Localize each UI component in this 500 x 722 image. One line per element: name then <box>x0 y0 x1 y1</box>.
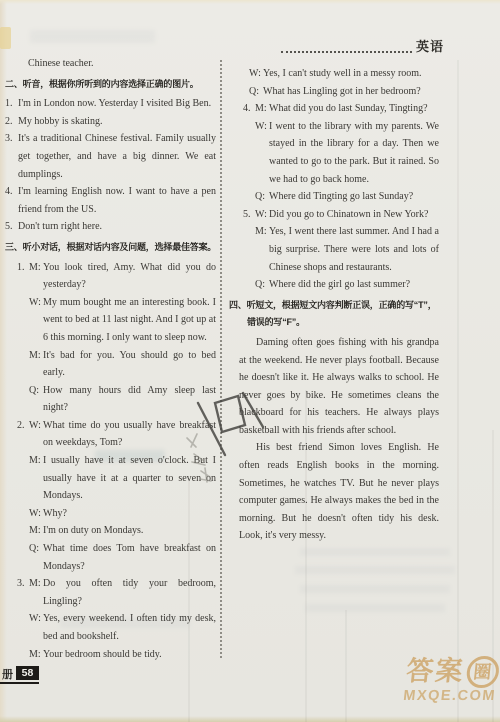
question-line: Q:Where did the girl go last summer? <box>255 276 439 294</box>
speech-text: What did you do last Sunday, Tingting? <box>269 103 428 114</box>
speech-line: M:It's bad for you. You should go to bed… <box>29 347 216 382</box>
speech-line: M:I usually have it at seven o'clock. Bu… <box>29 452 216 505</box>
speaker-label: W: <box>255 206 269 224</box>
speaker-label: Q: <box>249 83 263 101</box>
dialog-number: 2. <box>17 417 29 575</box>
speech-text: What has Lingling got in her bedroom? <box>263 86 421 97</box>
speaker-label: Q: <box>29 382 43 400</box>
speaker-label: W: <box>29 505 43 523</box>
speech-line: M:I'm on duty on Mondays. <box>29 522 216 540</box>
listening-item: 2. My hobby is skating. <box>5 113 216 131</box>
speech-text: Do you often tidy your bedroom, Lingling… <box>43 578 216 607</box>
question-line: Q:What time does Tom have breakfast on M… <box>29 540 216 575</box>
speech-text: It's bad for you. You should go to bed e… <box>43 350 216 379</box>
bleed-through-smudge <box>305 604 445 612</box>
speaker-label: Q: <box>29 540 43 558</box>
bleed-through-smudge <box>300 585 450 593</box>
site-watermark: 答案圈 MXQE.COM <box>403 656 500 704</box>
speech-text: What time do you usually have breakfast … <box>43 420 216 449</box>
speech-line: M:Yes, I went there last summer. And I h… <box>255 223 439 276</box>
speech-text: Your bedroom should be tidy. <box>43 649 162 660</box>
listening-item: 3. It's a traditional Chinese festival. … <box>5 130 216 183</box>
speech-line: W:Why? <box>29 505 216 523</box>
speech-text: What time does Tom have breakfast on Mon… <box>43 543 216 572</box>
dialog-body: W:What time do you usually have breakfas… <box>29 417 216 575</box>
dialog-body: W:Did you go to Chinatown in New York? M… <box>255 206 439 294</box>
speech-line: W:Yes, every weekend. I often tidy my de… <box>29 610 216 645</box>
speech-text: Where did the girl go last summer? <box>269 279 410 290</box>
speaker-label: W: <box>29 417 43 435</box>
item-number: 2. <box>5 113 18 131</box>
speaker-label: M: <box>255 223 269 241</box>
item-text: It's a traditional Chinese festival. Fam… <box>18 130 216 183</box>
column-divider <box>220 60 222 658</box>
page-crease <box>345 610 347 722</box>
page-number-badge: 58 <box>16 666 39 680</box>
speech-text: I usually have it at seven o'clock. But … <box>43 455 216 501</box>
speaker-label: Q: <box>255 188 269 206</box>
section-3-heading: 三、听小对话，根据对话内容及问题，选择最佳答案。 <box>5 239 216 257</box>
speech-line: M:What did you do last Sunday, Tingting? <box>255 100 439 118</box>
right-column: W:Yes, I can't study well in a messy roo… <box>229 65 439 545</box>
question-line: Q:What has Lingling got in her bedroom? <box>249 83 439 101</box>
speech-line: M:You look tired, Amy. What did you do y… <box>29 259 216 294</box>
passage-paragraph: His best friend Simon loves English. He … <box>229 439 439 545</box>
speaker-label: W: <box>249 65 263 83</box>
item-text: I'm learning English now. I want to have… <box>18 183 216 218</box>
speech-line: W:Did you go to Chinatown in New York? <box>255 206 439 224</box>
speaker-label: W: <box>29 294 43 312</box>
speech-text: Where did Tingting go last Sunday? <box>269 191 413 202</box>
item-number: 3. <box>5 130 18 183</box>
speaker-label: M: <box>29 259 43 277</box>
item-text: I'm in London now. Yesterday I visited B… <box>18 95 216 113</box>
dialog-item: 5. W:Did you go to Chinatown in New York… <box>229 206 439 294</box>
header-dotted-rule <box>281 51 412 53</box>
watermark-brand: 答案圈 <box>405 656 500 688</box>
dialog-item: 1. M:You look tired, Amy. What did you d… <box>5 259 216 417</box>
item-number: 5. <box>5 218 18 236</box>
listening-item: 1. I'm in London now. Yesterday I visite… <box>5 95 216 113</box>
bleed-through-smudge <box>295 566 455 574</box>
speech-line: W:Yes, I can't study well in a messy roo… <box>249 65 439 83</box>
bleed-through-smudge <box>300 548 450 556</box>
speech-text: I'm on duty on Mondays. <box>43 525 143 536</box>
speaker-label: Q: <box>255 276 269 294</box>
speech-line: M:Your bedroom should be tidy. <box>29 646 216 664</box>
continuation-line: Chinese teacher. <box>5 55 216 73</box>
speaker-label: M: <box>29 347 43 365</box>
dialog-body: M:What did you do last Sunday, Tingting?… <box>255 100 439 206</box>
scanned-workbook-page: 英语 Chinese teacher. 二、听音，根据你所听到的内容选择正确的图… <box>0 0 500 722</box>
speech-text: Yes, I went there last summer. And I had… <box>269 226 439 272</box>
dialog-number: 5. <box>243 206 255 294</box>
speech-text: I went to the library with my parents. W… <box>269 121 439 185</box>
dialog-number: 1. <box>17 259 29 417</box>
item-text: My hobby is skating. <box>18 113 216 131</box>
speaker-label: M: <box>29 646 43 664</box>
dialog-continuation: W:Yes, I can't study well in a messy roo… <box>229 65 439 100</box>
section-4-heading: 四、听短文，根据短文内容判断正误，正确的写“T”，错误的写“F”。 <box>229 297 439 332</box>
section-2-heading: 二、听音，根据你所听到的内容选择正确的图片。 <box>5 76 216 94</box>
watermark-brand-text: 答案 <box>405 656 466 686</box>
item-number: 1. <box>5 95 18 113</box>
speaker-label: M: <box>29 452 43 470</box>
watermark-site-url: MXQE.COM <box>403 688 497 704</box>
item-text: Don't turn right here. <box>18 218 216 236</box>
item-number: 4. <box>5 183 18 218</box>
speaker-label: M: <box>29 575 43 593</box>
speaker-label: W: <box>29 610 43 628</box>
speech-line: W:I went to the library with my parents.… <box>255 118 439 188</box>
watermark-circled-char: 圈 <box>465 656 500 688</box>
speech-text: Why? <box>43 508 67 519</box>
question-line: Q:Where did Tingting go last Sunday? <box>255 188 439 206</box>
speaker-label: M: <box>29 522 43 540</box>
speech-text: Yes, every weekend. I often tidy my desk… <box>43 613 216 642</box>
speech-line: W:My mum bought me an interesting book. … <box>29 294 216 347</box>
speaker-label: M: <box>255 100 269 118</box>
dialog-item: 4. M:What did you do last Sunday, Tingti… <box>229 100 439 206</box>
dialog-body: M:Do you often tidy your bedroom, Lingli… <box>29 575 216 663</box>
speech-text: How many hours did Amy sleep last night? <box>43 385 216 414</box>
footer-rule <box>0 682 39 684</box>
page-crease <box>457 60 459 722</box>
passage-paragraph: Daming often goes fishing with his grand… <box>229 334 439 440</box>
speech-line: M:Do you often tidy your bedroom, Lingli… <box>29 575 216 610</box>
speech-text: Did you go to Chinatown in New York? <box>269 209 428 220</box>
bleed-through-smudge <box>30 30 155 43</box>
speech-line: W:What time do you usually have breakfas… <box>29 417 216 452</box>
listening-item: 4. I'm learning English now. I want to h… <box>5 183 216 218</box>
scan-top-edge <box>0 0 500 4</box>
dialog-number: 3. <box>17 575 29 663</box>
listening-item: 5. Don't turn right here. <box>5 218 216 236</box>
left-column: Chinese teacher. 二、听音，根据你所听到的内容选择正确的图片。 … <box>5 55 216 663</box>
corner-smudge <box>0 27 11 49</box>
page-subject-label: 英语 <box>416 36 444 55</box>
scan-bottom-edge <box>0 716 500 722</box>
speech-text: My mum bought me an interesting book. I … <box>43 297 216 343</box>
dialog-body: M:You look tired, Amy. What did you do y… <box>29 259 216 417</box>
dialog-item: 3. M:Do you often tidy your bedroom, Lin… <box>5 575 216 663</box>
speech-text: Yes, I can't study well in a messy room. <box>263 68 422 79</box>
dialog-number: 4. <box>243 100 255 206</box>
question-line: Q:How many hours did Amy sleep last nigh… <box>29 382 216 417</box>
speech-text: You look tired, Amy. What did you do yes… <box>43 262 216 291</box>
speaker-label: W: <box>255 118 269 136</box>
dialog-item: 2. W:What time do you usually have break… <box>5 417 216 575</box>
volume-label: 册 <box>2 666 13 682</box>
